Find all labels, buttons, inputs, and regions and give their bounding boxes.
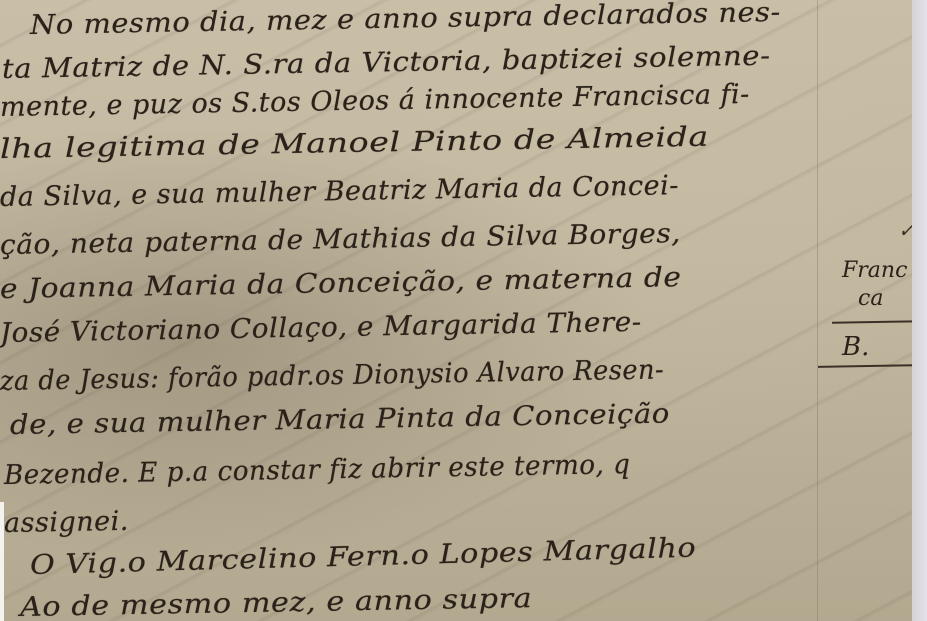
text-line-3: mente, e puz os S.tos Oleos á innocente … (0, 79, 750, 123)
text-line-2: ta Matriz de N. S.ra da Victoria, baptiz… (2, 41, 771, 85)
document-page: No mesmo dia, mez e anno supra declarado… (0, 0, 912, 621)
text-line-9: za de Jesus: forão padr.os Dionysio Alva… (0, 354, 664, 397)
signature-line: O Vig.o Marcelino Fern.o Lopes Margalho (30, 533, 697, 581)
text-line-1: No mesmo dia, mez e anno supra declarado… (30, 0, 781, 41)
background-edge-left (0, 502, 4, 621)
text-line-10: de, e sua mulher Maria Pinta da Conceiçã… (10, 398, 670, 441)
margin-name-line1: Franc (842, 258, 907, 283)
margin-name-line2: ca (858, 286, 883, 311)
text-line-6: ção, neta paterna de Mathias da Silva Bo… (0, 218, 681, 261)
background-edge (912, 0, 927, 621)
text-line-14: Ao de mesmo mez, e anno supra (20, 583, 533, 621)
text-line-5: da Silva, e sua mulher Beatriz Maria da … (0, 170, 679, 213)
text-line-8: José Victoriano Collaço, e Margarida The… (0, 307, 642, 349)
text-line-4: lha legitima de Manoel Pinto de Almeida (0, 122, 709, 165)
margin-divider-top (832, 320, 924, 323)
text-line-12: assignei. (4, 506, 129, 539)
margin-status: B. (842, 332, 869, 362)
text-line-11: Bezende. E p.a constar fiz abrir este te… (4, 449, 631, 491)
margin-rule (817, 0, 818, 621)
margin-divider-bottom (818, 364, 924, 367)
text-line-7: e Joanna Maria da Conceição, e materna d… (0, 262, 682, 305)
